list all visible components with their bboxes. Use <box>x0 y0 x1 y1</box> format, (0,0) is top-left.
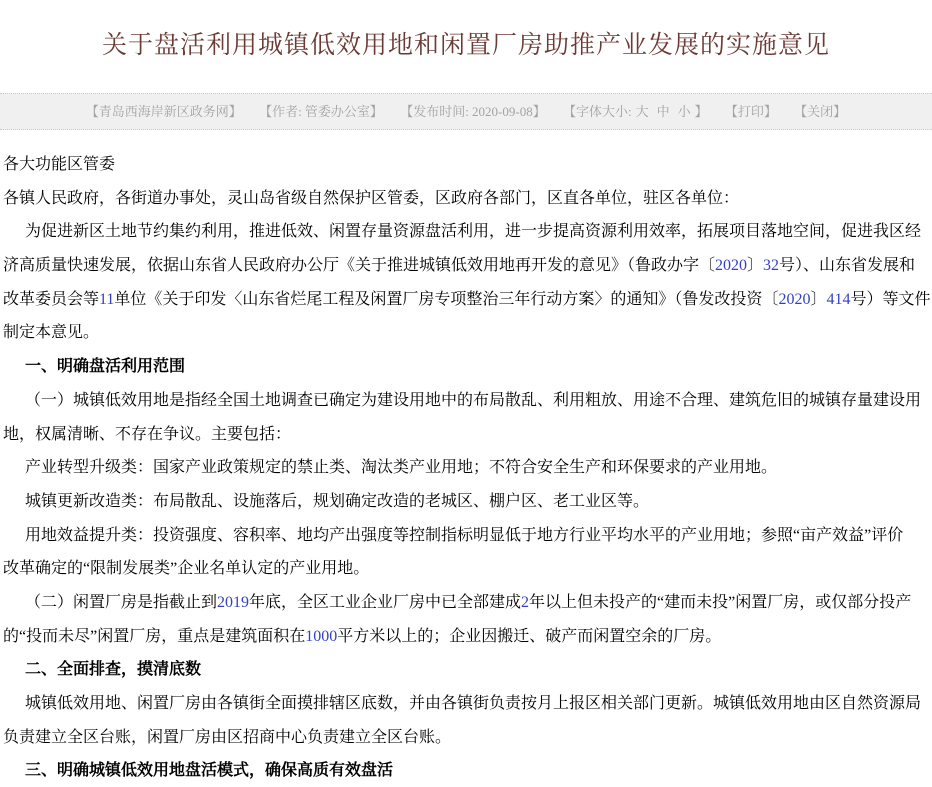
page-title: 关于盘活利用城镇低效用地和闲置厂房助推产业发展的实施意见 <box>0 25 932 61</box>
article-line: （一）城镇低效用地是指经全国土地调查已确定为建设用地中的布局散乱、利用粗放、用途… <box>3 384 932 418</box>
numeric-text: 11 <box>99 291 114 308</box>
numeric-text: 414 <box>826 291 850 308</box>
print-button[interactable]: 【打印】 <box>725 104 777 119</box>
article-line: 制定本意见。 <box>3 316 932 350</box>
article-line: 各大功能区管委 <box>3 148 932 182</box>
article-line: （二）闲置厂房是指截止到2019年底，全区工业企业厂房中已全部建成2年以上但未投… <box>3 586 932 620</box>
close-button[interactable]: 【关闭】 <box>794 104 846 119</box>
article-line: 的“投而未尽”闲置厂房，重点是建筑面积在1000平方米以上的；企业因搬迁、破产而… <box>3 620 932 654</box>
numeric-text: 2020 <box>778 291 810 308</box>
article-line: 城镇低效用地、闲置厂房由各镇街全面摸排辖区底数，并由各镇街负责按月上报区相关部门… <box>3 687 932 721</box>
fontsize-large-button[interactable]: 大 <box>636 104 649 119</box>
section-heading: 二、全面排查，摸清底数 <box>3 653 932 687</box>
title-area: 关于盘活利用城镇低效用地和闲置厂房助推产业发展的实施意见 <box>0 0 932 93</box>
article-line: 地，权属清晰、不存在争议。主要包括： <box>3 418 932 452</box>
numeric-text: 2019 <box>217 594 249 611</box>
article-line: 为促进新区土地节约集约利用，推进低效、闲置存量资源盘活利用，进一步提高资源利用效… <box>3 215 932 249</box>
article-line: 负责建立全区台账，闲置厂房由区招商中心负责建立全区台账。 <box>3 721 932 755</box>
section-heading: 三、明确城镇低效用地盘活模式，确保高质有效盘活 <box>3 754 932 787</box>
numeric-text: 32 <box>763 257 779 274</box>
numeric-text: 1000 <box>305 628 337 645</box>
numeric-text: 2 <box>521 594 529 611</box>
section-heading: 一、明确盘活利用范围 <box>3 350 932 384</box>
fontsize-label: 【字体大小: <box>563 104 632 119</box>
fontsize-medium-button[interactable]: 中 <box>657 104 670 119</box>
article-line: 用地效益提升类：投资强度、容积率、地均产出强度等控制指标明显低于地方行业平均水平… <box>3 519 932 553</box>
meta-author: 【作者: 管委办公室】 <box>259 104 383 119</box>
fontsize-small-button[interactable]: 小 <box>678 104 691 119</box>
meta-bar: 【青岛西海岸新区政务网】 【作者: 管委办公室】 【发布时间: 2020-09-… <box>0 93 932 130</box>
numeric-text: 2020 <box>715 257 747 274</box>
article-line: 改革确定的“限制发展类”企业名单认定的产业用地。 <box>3 552 932 586</box>
meta-publish-date: 【发布时间: 2020-09-08】 <box>400 104 546 119</box>
fontsize-label-close: 】 <box>695 104 708 119</box>
article-body: 各大功能区管委各镇人民政府，各街道办事处，灵山岛省级自然保护区管委，区政府各部门… <box>0 130 932 787</box>
meta-fontsize-control: 【字体大小:大中小】 <box>563 104 708 119</box>
article-line: 济高质量快速发展，依据山东省人民政府办公厅《关于推进城镇低效用地再开发的意见》（… <box>3 249 932 283</box>
meta-source: 【青岛西海岸新区政务网】 <box>86 104 242 119</box>
article-line: 产业转型升级类：国家产业政策规定的禁止类、淘汰类产业用地；不符合安全生产和环保要… <box>3 451 932 485</box>
article-line: 各镇人民政府，各街道办事处，灵山岛省级自然保护区管委，区政府各部门，区直各单位，… <box>3 182 932 216</box>
article-line: 改革委员会等11单位《关于印发〈山东省烂尾工程及闲置厂房专项整治三年行动方案〉的… <box>3 283 932 317</box>
article-line: 城镇更新改造类：布局散乱、设施落后，规划确定改造的老城区、棚户区、老工业区等。 <box>3 485 932 519</box>
